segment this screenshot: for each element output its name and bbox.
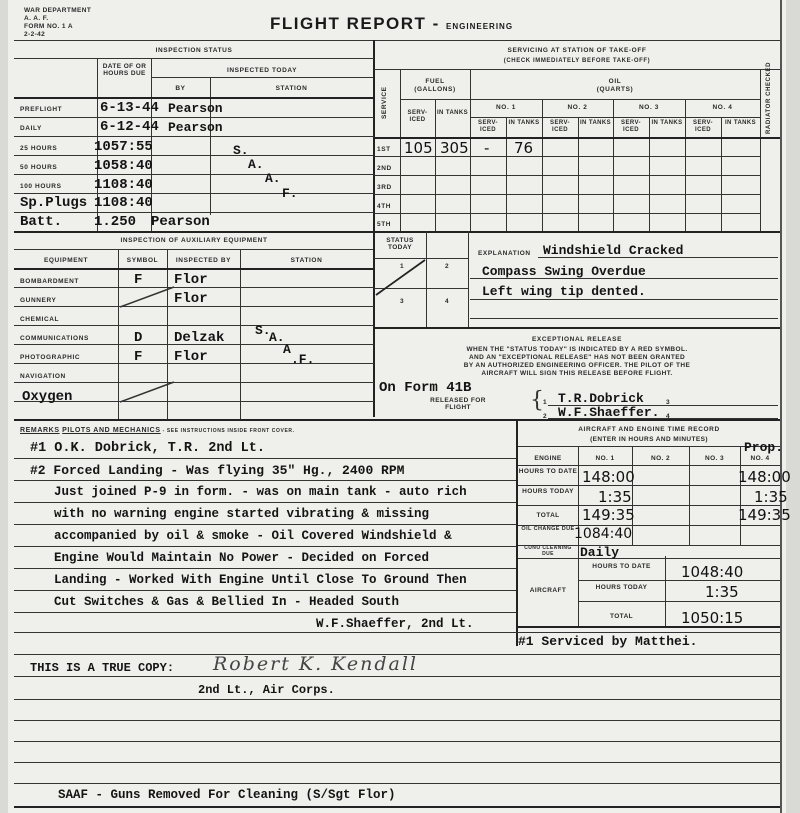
fuel-unit: (GALLONS) xyxy=(400,86,470,93)
remark-line-7: Landing - Worked With Engine Until Close… xyxy=(54,573,467,587)
aux-stamp-f: .F. xyxy=(291,352,314,367)
signer-1-no: 1 xyxy=(543,399,547,406)
aircraft-total: 1050:15 xyxy=(681,609,743,627)
aircraft-hours-today-label: HOURS TODAY xyxy=(578,584,665,591)
true-copy-signature: Robert K. Kendall xyxy=(213,653,418,675)
aux-stamp-a2: A xyxy=(283,342,291,357)
remark-line-8: Cut Switches & Gas & Bellied In - Headed… xyxy=(54,595,399,609)
spark-plugs-due: 1108:40 xyxy=(94,195,153,211)
fuel-in-tanks-hdr: IN TANKS xyxy=(435,110,470,117)
hours-to-date-label: HOURS TO DATE xyxy=(518,468,578,475)
col-engine: ENGINE xyxy=(518,455,578,462)
page-title: FLIGHT REPORT - ENGINEERING xyxy=(270,14,513,34)
oil1-in-tanks-hdr: IN TANKS xyxy=(506,120,542,127)
row-label-100-hours: 100 HOURS xyxy=(20,183,62,190)
remark-line-4: with no warning engine started vibrating… xyxy=(54,507,429,521)
signer-2-no: 2 xyxy=(543,413,547,420)
prop-note: Prop. xyxy=(744,440,783,455)
oil3-serviced-hdr: SERV- ICED xyxy=(613,120,649,134)
oil1-in-tanks-1st: 76 xyxy=(514,139,533,157)
service-row-2nd: 2ND xyxy=(377,165,392,172)
brace-icon: { xyxy=(530,390,544,412)
service-row-4th: 4TH xyxy=(377,203,391,210)
engine-no4: NO. 4 xyxy=(740,455,780,462)
gunnery-by: Flor xyxy=(174,291,208,307)
battery-by: Pearson xyxy=(151,214,210,230)
status-cell-4: 4 xyxy=(445,298,449,305)
aux-row-gunnery: GUNNERY xyxy=(20,297,56,304)
row-label-50-hours: 50 HOURS xyxy=(20,164,57,171)
exceptional-release-text-4: AIRCRAFT WILL SIGN THIS RELEASE BEFORE F… xyxy=(374,370,780,377)
exceptional-release-title: EXCEPTIONAL RELEASE xyxy=(374,336,780,343)
oil3-in-tanks-hdr: IN TANKS xyxy=(649,120,685,127)
oil-label: OIL xyxy=(470,78,760,85)
25-hours-due: 1057:55 xyxy=(94,139,153,155)
remark-line-1: #1 O.K. Dobrick, T.R. 2nd Lt. xyxy=(30,441,265,456)
col-symbol: SYMBOL xyxy=(118,257,167,264)
exceptional-release-text-1: WHEN THE "STATUS TODAY" IS INDICATED BY … xyxy=(374,346,780,353)
form-department: WAR DEPARTMENT xyxy=(24,7,91,14)
station-stamp-f: F. xyxy=(282,186,298,201)
fuel-in-tanks-1st: 305 xyxy=(440,139,469,157)
engine-no3: NO. 3 xyxy=(689,455,740,462)
communications-by: Delzak xyxy=(174,330,224,346)
station-stamp-a2: A. xyxy=(265,171,281,186)
aux-row-oxygen: Oxygen xyxy=(22,389,72,405)
service-row-1st: 1ST xyxy=(377,146,391,153)
oil-unit: (QUARTS) xyxy=(470,86,760,93)
oil4-in-tanks-hdr: IN TANKS xyxy=(721,120,760,127)
engine1-hours-today: 1:35 xyxy=(598,488,632,506)
remark-line-5: accompanied by oil & smoke - Oil Covered… xyxy=(54,529,452,543)
serviced-by-note: #1 Serviced by Matthei. xyxy=(518,634,697,649)
oil2-in-tanks-hdr: IN TANKS xyxy=(578,120,613,127)
form-branch: A. A. F. xyxy=(24,15,49,22)
form-date: 2-2-42 xyxy=(24,31,45,38)
engine1-hours-to-date: 148:00 xyxy=(582,468,635,486)
aux-row-communications: COMMUNICATIONS xyxy=(20,335,89,342)
aircraft-hours-to-date-label: HOURS TO DATE xyxy=(578,563,665,570)
engine1-oil-change-due: 1084:40 xyxy=(574,526,632,542)
daily-date: 6-12-44 xyxy=(100,119,159,135)
engine4-hours-today: 1:35 xyxy=(754,488,788,506)
aux-row-photographic: PHOTOGRAPHIC xyxy=(20,354,80,361)
engine-no2: NO. 2 xyxy=(632,455,689,462)
col-service: SERVICE xyxy=(381,78,388,128)
col-inspected-by: INSPECTED BY xyxy=(167,257,240,264)
hours-today-label: HOURS TODAY xyxy=(518,488,578,495)
oil1-serviced-1st: - xyxy=(484,139,489,157)
row-label-spark-plugs: Sp.Plugs xyxy=(20,195,87,211)
photographic-symbol: F xyxy=(134,349,142,365)
engine4-hours-to-date: 148:00 xyxy=(738,468,791,486)
flight-report-form: WAR DEPARTMENT A. A. F. FORM NO. 1 A 2-2… xyxy=(8,0,786,813)
explanation-line-2: Compass Swing Overdue xyxy=(482,264,646,279)
photographic-by: Flor xyxy=(174,349,208,365)
engine-no1: NO. 1 xyxy=(578,455,632,462)
aircraft-hours-today: 1:35 xyxy=(705,583,739,601)
daily-by: Pearson xyxy=(168,120,223,135)
oil4-serviced-hdr: SERV- ICED xyxy=(685,120,721,134)
cuno-cleaning-due-label: CUNO CLEANING DUE xyxy=(518,546,578,558)
50-hours-due: 1058:40 xyxy=(94,158,153,174)
explanation-label: EXPLANATION xyxy=(478,250,531,257)
col-station: STATION xyxy=(210,85,373,92)
aux-row-bombardment: BOMBARDMENT xyxy=(20,278,79,285)
row-label-daily: DAILY xyxy=(20,125,42,132)
radiator-checked: RADIATOR CHECKED xyxy=(766,74,773,134)
engine1-cuno-cleaning-due: Daily xyxy=(580,545,619,560)
row-label-25-hours: 25 HOURS xyxy=(20,145,57,152)
aircraft-label: AIRCRAFT xyxy=(518,587,578,594)
aux-equipment-title: INSPECTION OF AUXILIARY EQUIPMENT xyxy=(14,237,374,244)
remark-line-3: Just joined P-9 in form. - was on main t… xyxy=(54,485,467,499)
preflight-by: Pearson xyxy=(168,101,223,116)
aux-row-navigation: NAVIGATION xyxy=(20,373,66,380)
battery-due: 1.250 xyxy=(94,214,136,230)
status-cell-3: 3 xyxy=(400,298,404,305)
explanation-line-3: Left wing tip dented. xyxy=(482,284,646,299)
gunnery-check-mark-icon xyxy=(118,285,178,310)
oxygen-check-mark-icon xyxy=(118,380,178,405)
servicing-title: SERVICING AT STATION OF TAKE-OFF xyxy=(374,47,780,54)
fuel-serviced-1st: 105 xyxy=(404,139,433,157)
oil-no2: NO. 2 xyxy=(542,104,613,111)
time-record-title: AIRCRAFT AND ENGINE TIME RECORD xyxy=(518,426,780,433)
row-label-battery: Batt. xyxy=(20,214,62,230)
true-copy-title: 2nd Lt., Air Corps. xyxy=(198,683,335,697)
status-today-title: STATUS TODAY xyxy=(374,237,426,252)
col-by: BY xyxy=(151,85,210,92)
oil-no1: NO. 1 xyxy=(470,104,542,111)
exceptional-release-text-3: BY AN AUTHORIZED ENGINEERING OFFICER. TH… xyxy=(374,362,780,369)
engine1-total: 149:35 xyxy=(582,506,635,524)
remark-line-6: Engine Would Maintain No Power - Decided… xyxy=(54,551,429,565)
form-number: FORM NO. 1 A xyxy=(24,23,73,30)
inspection-status-title: INSPECTION STATUS xyxy=(14,47,374,54)
col-date-due: DATE OF OR HOURS DUE xyxy=(98,63,151,78)
preflight-date: 6-13-44 xyxy=(100,100,159,116)
footer-note: SAAF - Guns Removed For Cleaning (S/Sgt … xyxy=(58,788,396,802)
aux-row-chemical: CHEMICAL xyxy=(20,316,59,323)
released-for-flight-label: RELEASED FOR FLIGHT xyxy=(418,397,498,412)
communications-symbol: D xyxy=(134,330,142,346)
signer-4-no: 4 xyxy=(666,413,670,420)
bombardment-by: Flor xyxy=(174,272,208,288)
servicing-subtitle: (CHECK IMMEDIATELY BEFORE TAKE-OFF) xyxy=(374,58,780,64)
total-label: TOTAL xyxy=(518,512,578,519)
oil-no3: NO. 3 xyxy=(613,104,685,111)
aircraft-hours-to-date: 1048:40 xyxy=(681,563,743,581)
form-41b-note: On Form 41B xyxy=(379,380,471,396)
engine4-total: 149:35 xyxy=(738,506,791,524)
remarks-signature: W.F.Shaeffer, 2nd Lt. xyxy=(316,617,474,631)
signer-1-name: T.R.Dobrick xyxy=(558,391,644,406)
exceptional-release-text-2: AND AN "EXCEPTIONAL RELEASE" HAS NOT BEE… xyxy=(374,354,780,361)
remark-line-2: #2 Forced Landing - Was flying 35" Hg., … xyxy=(30,463,404,478)
status-cell-2: 2 xyxy=(445,263,449,270)
fuel-label: FUEL xyxy=(400,78,470,85)
oil1-serviced-hdr: SERV- ICED xyxy=(470,120,506,134)
time-record-subtitle: (ENTER IN HOURS AND MINUTES) xyxy=(518,436,780,443)
fuel-serviced-hdr: SERV- ICED xyxy=(400,110,435,124)
oil-no4: NO. 4 xyxy=(685,104,760,111)
status-diagonal-mark-icon xyxy=(374,258,428,298)
station-stamp-a1: A. xyxy=(248,157,264,172)
col-inspected-today: INSPECTED TODAY xyxy=(151,67,373,74)
station-stamp-s: S. xyxy=(233,143,249,158)
oil-change-due-label: OIL CHANGE DUE xyxy=(518,526,578,532)
service-row-5th: 5TH xyxy=(377,221,391,228)
col-aux-station: STATION xyxy=(240,257,373,264)
oil2-serviced-hdr: SERV- ICED xyxy=(542,120,578,134)
explanation-line-1: Windshield Cracked xyxy=(543,243,683,258)
col-equipment: EQUIPMENT xyxy=(14,257,118,264)
aircraft-total-label: TOTAL xyxy=(578,613,665,620)
page-subtitle: ENGINEERING xyxy=(446,22,513,31)
row-label-preflight: PREFLIGHT xyxy=(20,106,62,113)
true-copy-label: THIS IS A TRUE COPY: xyxy=(30,661,174,675)
remarks-title: REMARKS PILOTS AND MECHANICS - SEE INSTR… xyxy=(20,427,295,434)
service-row-3rd: 3RD xyxy=(377,184,392,191)
100-hours-due: 1108:40 xyxy=(94,177,153,193)
